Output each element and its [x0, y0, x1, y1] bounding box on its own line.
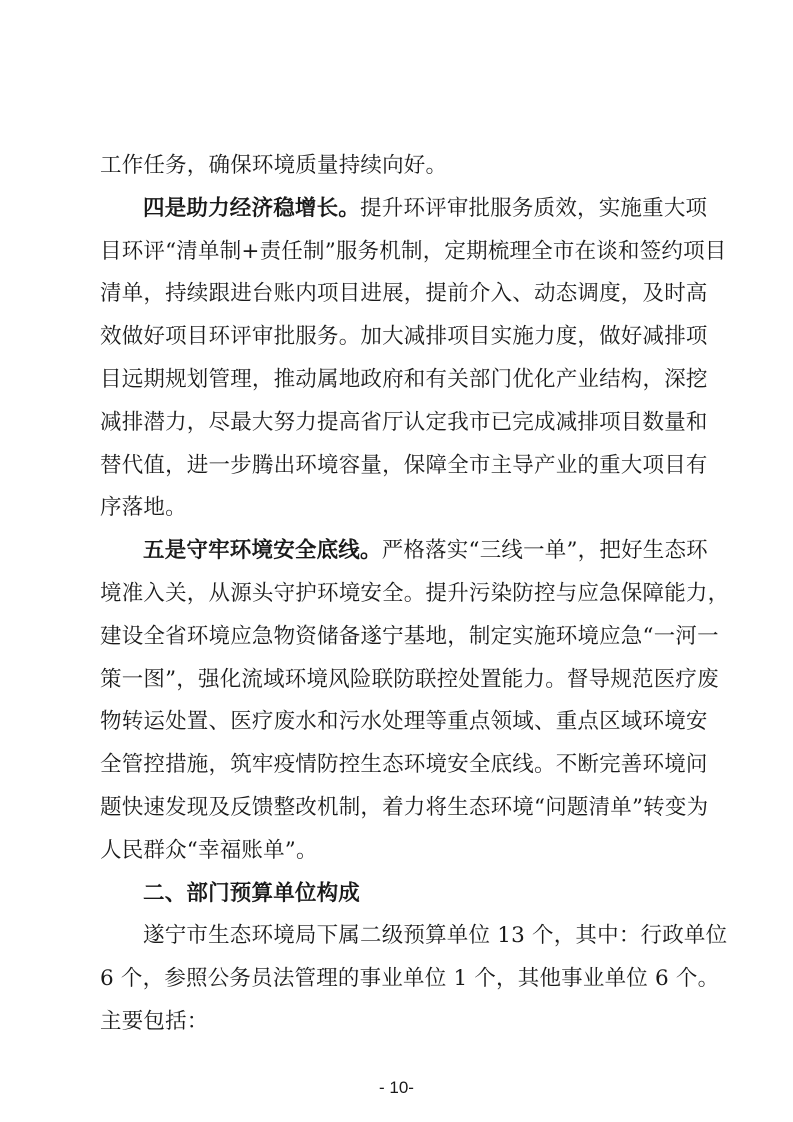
- paragraph-line: 四是助力经济稳增长。提升环评审批服务质效，实施重大项: [100, 188, 700, 231]
- paragraph-line: 减排潜力，尽最大努力提高省厅认定我市已完成减排项目数量和: [100, 402, 700, 445]
- document-body: 工作任务，确保环境质量持续向好。 四是助力经济稳增长。提升环评审批服务质效，实施…: [100, 145, 700, 1044]
- paragraph-line: 效做好项目环评审批服务。加大减排项目实施力度，做好减排项: [100, 316, 700, 359]
- paragraph-line: 建设全省环境应急物资储备遂宁基地，制定实施环境应急“一河一: [100, 616, 700, 659]
- paragraph-line: 人民群众“幸福账单”。: [100, 830, 700, 873]
- paragraph-line: 主要包括：: [100, 1001, 700, 1044]
- paragraph-line: 题快速发现及反馈整改机制，着力将生态环境“问题清单”转变为: [100, 787, 700, 830]
- paragraph-line: 策一图”，强化流域环境风险联防联控处置能力。督导规范医疗废: [100, 659, 700, 702]
- paragraph-line: 目远期规划管理，推动属地政府和有关部门优化产业结构，深挖: [100, 359, 700, 402]
- paragraph-line: 序落地。: [100, 487, 700, 530]
- paragraph-line: 工作任务，确保环境质量持续向好。: [100, 145, 700, 188]
- section-heading: 二、部门预算单位构成: [100, 873, 700, 916]
- paragraph-lead: 五是守牢环境安全底线。: [143, 538, 382, 563]
- paragraph-line: 物转运处置、医疗废水和污水处理等重点领域、重点区域环境安: [100, 701, 700, 744]
- paragraph-line: 6 个，参照公务员法管理的事业单位 1 个，其他事业单位 6 个。: [100, 958, 700, 1001]
- paragraph-text: 提升环评审批服务质效，实施重大项: [360, 196, 707, 221]
- paragraph-lead: 四是助力经济稳增长。: [143, 196, 360, 221]
- page-number: - 10-: [0, 1078, 793, 1098]
- paragraph-text: 严格落实“三线一单”，把好生态环: [382, 538, 708, 563]
- paragraph-line: 全管控措施，筑牢疫情防控生态环境安全底线。不断完善环境问: [100, 744, 700, 787]
- paragraph-line: 境准入关，从源头守护环境安全。提升污染防控与应急保障能力，: [100, 573, 700, 616]
- paragraph-line: 清单，持续跟进台账内项目进展，提前介入、动态调度，及时高: [100, 273, 700, 316]
- paragraph-line: 目环评“清单制+责任制”服务机制，定期梳理全市在谈和签约项目: [100, 231, 700, 274]
- paragraph-line: 遂宁市生态环境局下属二级预算单位 13 个，其中：行政单位: [100, 915, 700, 958]
- paragraph-line: 五是守牢环境安全底线。严格落实“三线一单”，把好生态环: [100, 530, 700, 573]
- paragraph-line: 替代值，进一步腾出环境容量，保障全市主导产业的重大项目有: [100, 445, 700, 488]
